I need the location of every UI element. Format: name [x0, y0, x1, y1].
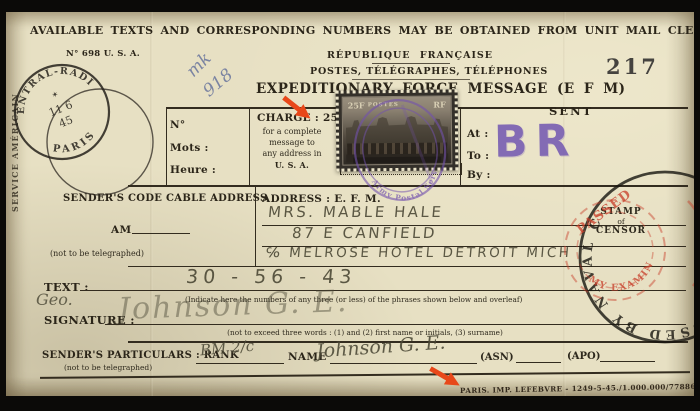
- purple-postal-cancel: Army Postal Serv: [352, 98, 452, 208]
- postmark-area: CENTRAL-RADIO PARIS ✶ 11 6 45: [0, 42, 180, 207]
- ptt-heading: POSTES, TÉLÉGRAPHES, TÉLÉPHONES: [310, 66, 495, 77]
- photo-border-bottom: [0, 396, 700, 411]
- red-army-examiner-stamp: PASSED ARMY EXAMINER: [538, 186, 700, 321]
- photo-border-left: [0, 0, 6, 411]
- postmark-star: ✶: [50, 89, 60, 100]
- photo-border-right: [694, 0, 700, 411]
- address-line-2: 87 E CANFIELD: [291, 224, 438, 242]
- charge-note-4: U. S. A.: [250, 160, 334, 170]
- rule: [166, 107, 167, 186]
- am-rule: [132, 233, 190, 234]
- mots-label: Mots :: [170, 142, 209, 154]
- by-label: By :: [467, 169, 491, 181]
- scanned-efm-telegram-form: AVAILABLE TEXTS AND CORRESPONDING NUMBER…: [0, 0, 700, 411]
- address-line-3: ℅ MELROSE HOTEL DETROIT MICH: [265, 245, 572, 261]
- charge-note-2: message to: [250, 138, 334, 147]
- cable-address-label: SENDER'S CODE CABLE ADDRESS :: [63, 193, 275, 204]
- not-telegraphed-note: (not to be telegraphed): [50, 249, 144, 258]
- signature-caption: (not to exceed three words : (1) and (2)…: [215, 328, 515, 337]
- asn-label: (ASN): [480, 352, 514, 363]
- republique-heading: RÉPUBLIQUE FRANÇAISE: [320, 50, 500, 61]
- central-radio-postmark: CENTRAL-RADIO PARIS ✶ 11 6 45: [0, 42, 123, 181]
- charge-note-1: for a complete: [250, 127, 334, 136]
- rank-rule: [196, 363, 284, 364]
- particulars-not-telegraphed: (not to be telegraphed): [64, 363, 152, 372]
- republique-underline: [372, 63, 450, 64]
- signature-pencil-note: Geo.: [36, 290, 73, 309]
- am-label: AM: [111, 224, 131, 236]
- charge-note-3: any address in: [250, 149, 334, 158]
- top-note: AVAILABLE TEXTS AND CORRESPONDING NUMBER…: [30, 24, 670, 37]
- photo-border-top: [0, 0, 700, 12]
- to-label: To :: [467, 150, 489, 162]
- ptt-underline: [352, 79, 470, 80]
- name-rule: [330, 363, 477, 364]
- serial-number: 217: [606, 54, 659, 79]
- at-label: At :: [467, 128, 489, 140]
- heure-label: Heure :: [170, 164, 216, 176]
- no-label: N°: [170, 119, 185, 131]
